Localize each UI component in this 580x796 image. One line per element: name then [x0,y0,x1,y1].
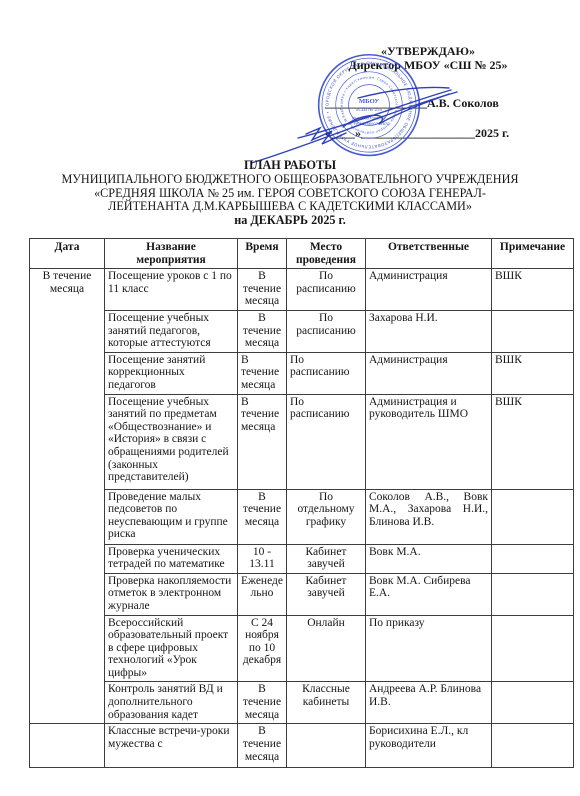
cell-note [492,544,574,573]
title-line-2: МУНИЦИПАЛЬНОГО БЮДЖЕТНОГО ОБЩЕОБРАЗОВАТЕ… [0,173,580,187]
cell-event: Контроль занятий ВД и дополнительного об… [105,682,238,724]
cell-place: Кабинет завучей [287,573,366,615]
cell-event: Проведение малых педсоветов по неуспеваю… [105,489,238,544]
cell-responsible: Администрация [366,269,492,311]
title-line-1: ПЛАН РАБОТЫ [0,159,580,173]
cell-event: Проверка ученических тетрадей по математ… [105,544,238,573]
cell-note [492,615,574,682]
table-row: Посещение занятий коррекционных педагого… [30,352,574,394]
table-row: В течение месяцаПосещение уроков с 1 по … [30,269,574,311]
cell-place: По расписанию [287,352,366,394]
column-header-place: Место проведения [287,239,366,269]
table-row: Посещение учебных занятий по предметам «… [30,394,574,489]
cell-time: С 24 ноября по 10 декабря [238,615,287,682]
cell-note [492,489,574,544]
cell-responsible: Вовк М.А. [366,544,492,573]
cell-place: По расписанию [287,310,366,352]
cell-event: Всероссийский образовательный проект в с… [105,615,238,682]
cell-place: Онлайн [287,615,366,682]
cell-place: По расписанию [287,269,366,311]
column-header-event: Название мероприятия [105,239,238,269]
table-row: Контроль занятий ВД и дополнительного об… [30,682,574,724]
cell-responsible: Захарова Н.И. [366,310,492,352]
cell-place: По расписанию [287,394,366,489]
cell-responsible: Вовк М.А. Сибирева Е.А. [366,573,492,615]
cell-responsible: Администрация [366,352,492,394]
cell-time: 10 - 13.11 [238,544,287,573]
cell-time: В течение месяца [238,394,287,489]
cell-responsible: Борисихина Е.Л., кл руководители [366,724,492,768]
plan-table-body: В течение месяцаПосещение уроков с 1 по … [30,269,574,768]
cell-note [492,310,574,352]
column-header-date: Дата [30,239,105,269]
title-line-4: ЛЕЙТЕНАНТА Д.М.КАРБЫШЕВА С КАДЕТСКИМИ КЛ… [0,200,580,214]
cell-place [287,724,366,768]
cell-event: Проверка накопляемости отметок в электро… [105,573,238,615]
document-page: «УТВЕРЖДАЮ» Директор МБОУ «СШ № 25» ____… [0,0,580,796]
plan-table: ДатаНазвание мероприятияВремяМесто прове… [29,238,574,768]
table-row: Проведение малых педсоветов по неуспеваю… [30,489,574,544]
cell-note [492,724,574,768]
table-row: Проверка накопляемости отметок в электро… [30,573,574,615]
cell-place: По отдельному графику [287,489,366,544]
cell-responsible: Андреева А.Р. Блинова И.В. [366,682,492,724]
cell-time: В течение месяца [238,489,287,544]
cell-time: В течение месяца [238,682,287,724]
cell-event: Посещение занятий коррекционных педагого… [105,352,238,394]
cell-place: Кабинет завучей [287,544,366,573]
director-signature [243,70,483,170]
column-header-note: Примечание [492,239,574,269]
table-row: Всероссийский образовательный проект в с… [30,615,574,682]
cell-time: В течение месяца [238,724,287,768]
table-row: Посещение учебных занятий педагогов, кот… [30,310,574,352]
cell-date [30,724,105,768]
cell-event: Посещение учебных занятий по предметам «… [105,394,238,489]
cell-time: В течение месяца [238,310,287,352]
cell-note [492,682,574,724]
cell-time: В течение месяца [238,352,287,394]
document-title: ПЛАН РАБОТЫ МУНИЦИПАЛЬНОГО БЮДЖЕТНОГО ОБ… [0,159,580,228]
title-line-5: на ДЕКАБРЬ 2025 г. [0,214,580,228]
cell-event: Классные встречи-уроки мужества с [105,724,238,768]
cell-event: Посещение учебных занятий педагогов, кот… [105,310,238,352]
cell-responsible: Администрация и руководитель ШМО [366,394,492,489]
cell-time: В течение месяца [238,269,287,311]
cell-time: Еженедельно [238,573,287,615]
table-row: Проверка ученических тетрадей по математ… [30,544,574,573]
cell-note: ВШК [492,394,574,489]
cell-responsible: Соколов А.В., Вовк М.А., Захарова Н.И., … [366,489,492,544]
cell-note: ВШК [492,269,574,311]
cell-note: ВШК [492,352,574,394]
table-row: Классные встречи-уроки мужества сВ течен… [30,724,574,768]
cell-event: Посещение уроков с 1 по 11 класс [105,269,238,311]
column-header-responsible: Ответственные [366,239,492,269]
cell-note [492,573,574,615]
plan-table-header: ДатаНазвание мероприятияВремяМесто прове… [30,239,574,269]
column-header-time: Время [238,239,287,269]
cell-responsible: По приказу [366,615,492,682]
title-line-3: «СРЕДНЯЯ ШКОЛА № 25 им. ГЕРОЯ СОВЕТСКОГО… [0,187,580,201]
cell-date: В течение месяца [30,269,105,724]
cell-place: Классные кабинеты [287,682,366,724]
